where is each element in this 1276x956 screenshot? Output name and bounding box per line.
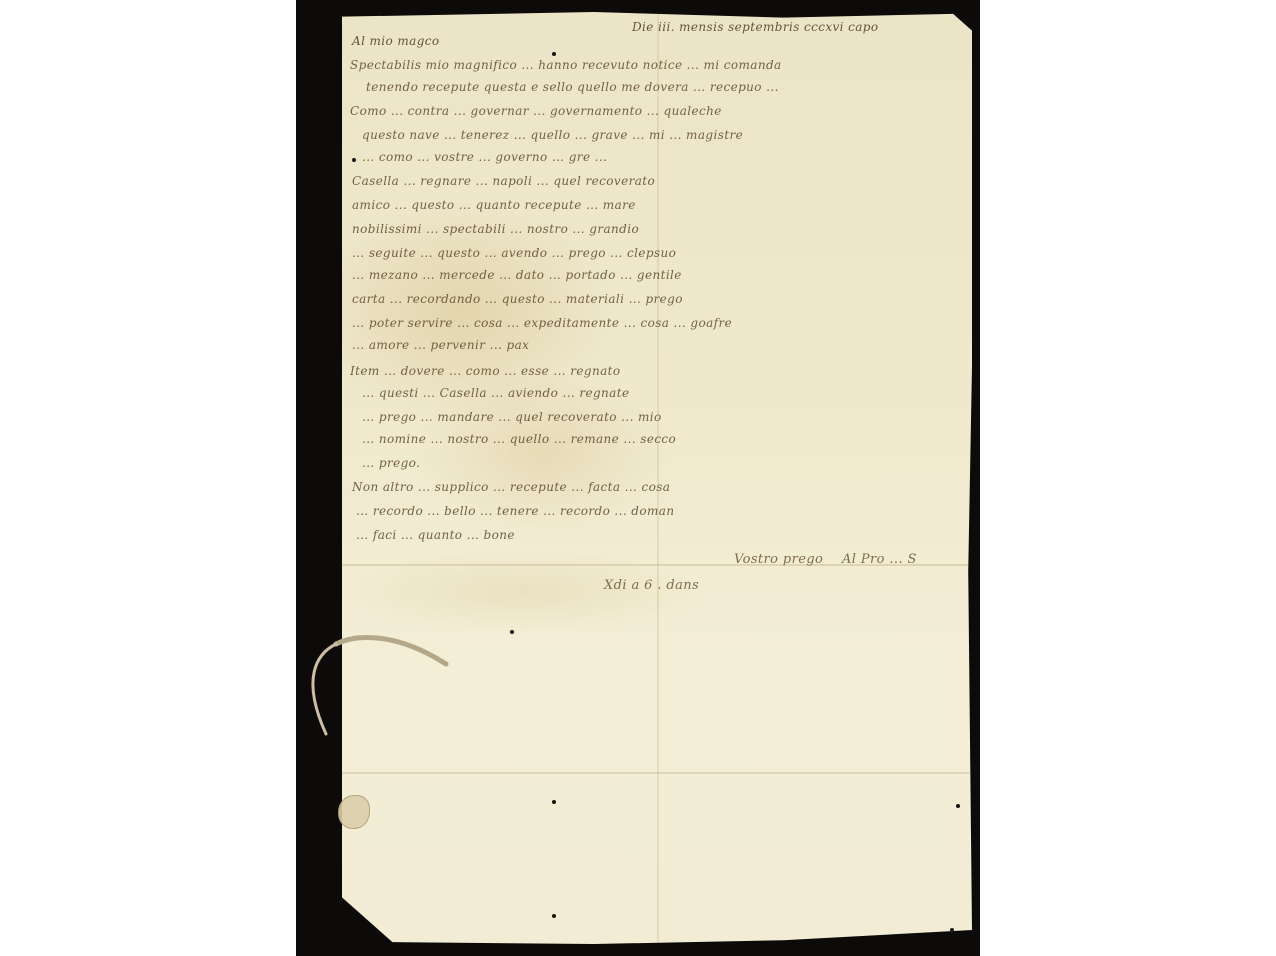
wormhole [956, 804, 960, 808]
text-line: carta ... recordando ... questo ... mate… [352, 292, 683, 306]
text-line: ... nomine ... nostro ... quello ... rem… [362, 432, 676, 446]
text-line: ... amore ... pervenir ... pax [352, 338, 529, 352]
wormhole [510, 630, 514, 634]
manuscript-page: Al mio magco Die iii. mensis septembris … [342, 12, 972, 944]
torn-tab [338, 795, 370, 829]
salutation: Al mio magco [352, 34, 440, 48]
text-line: tenendo recepute questa e sello quello m… [366, 80, 779, 94]
ink-spot [552, 52, 556, 56]
text-line: ... seguite ... questo ... avendo ... pr… [352, 246, 676, 260]
text-line: amico ... questo ... quanto recepute ...… [352, 198, 636, 212]
text-line: Non altro ... supplico ... recepute ... … [352, 480, 670, 494]
signature: Al Pro ... S [842, 552, 917, 567]
text-line: ... mezano ... mercede ... dato ... port… [352, 268, 682, 282]
wormhole [552, 800, 556, 804]
subscription: Xdi a 6 . dans [604, 578, 699, 593]
wormhole [552, 914, 556, 918]
text-line: ... questi ... Casella ... aviendo ... r… [362, 386, 629, 400]
text-line: Casella ... regnare ... napoli ... quel … [352, 174, 655, 188]
text-line: ... prego. [362, 456, 420, 470]
text-line: ... recordo ... bello ... tenere ... rec… [356, 504, 674, 518]
text-line: ... prego ... mandare ... quel recoverat… [362, 410, 662, 424]
closing: Vostro prego [734, 552, 823, 567]
text-line: ... faci ... quanto ... bone [356, 528, 515, 542]
text-line: ... poter servire ... cosa ... expeditam… [352, 316, 732, 330]
text-line: questo nave ... tenerez ... quello ... g… [362, 128, 743, 142]
text-line: nobilissimi ... spectabili ... nostro ..… [352, 222, 639, 236]
ink-spot [352, 158, 356, 162]
binding-string [296, 634, 456, 744]
date-line: Die iii. mensis septembris cccxvi capo [632, 20, 879, 34]
text-line: ... como ... vostre ... governo ... gre … [362, 150, 607, 164]
text-line: Como ... contra ... governar ... governa… [350, 104, 722, 118]
fold-line [657, 12, 659, 944]
text-line: Spectabilis mio magnifico ... hanno rece… [350, 58, 782, 72]
text-line: Item ... dovere ... como ... esse ... re… [350, 364, 620, 378]
